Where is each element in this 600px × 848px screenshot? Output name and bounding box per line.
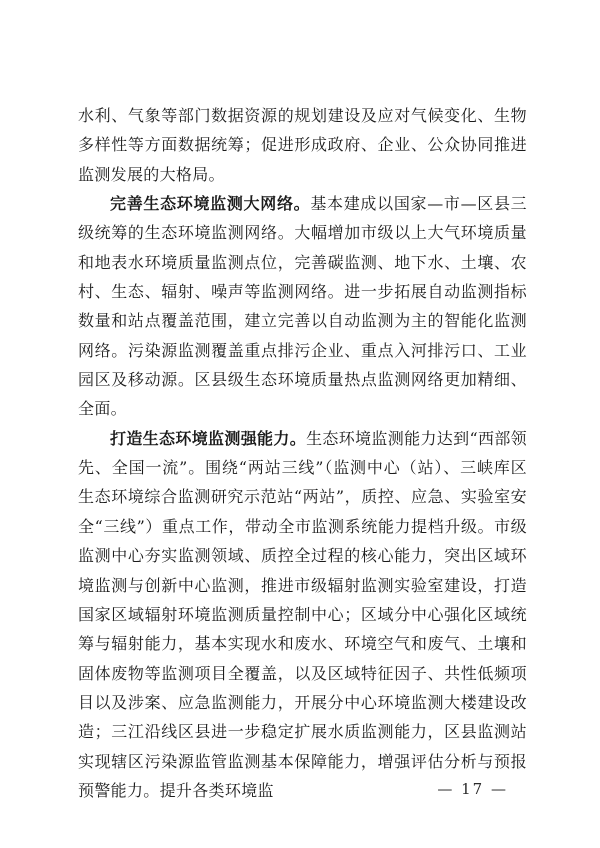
paragraph-text: 水利、气象等部门数据资源的规划建设及应对气候变化、生物多样性等方面数据统筹；促进…	[78, 106, 527, 184]
body-text: 水利、气象等部门数据资源的规划建设及应对气候变化、生物多样性等方面数据统筹；促进…	[78, 101, 527, 805]
paragraph-continuation: 水利、气象等部门数据资源的规划建设及应对气候变化、生物多样性等方面数据统筹；促进…	[78, 101, 527, 189]
paragraph-lead-bold: 打造生态环境监测强能力。	[110, 429, 306, 448]
paragraph-monitoring-network: 完善生态环境监测大网络。基本建成以国家—市—区县三级统筹的生态环境监测网络。大幅…	[78, 189, 527, 424]
paragraph-text: 基本建成以国家—市—区县三级统筹的生态环境监测网络。大幅增加市级以上大气环境质量…	[78, 194, 527, 418]
document-page: 水利、气象等部门数据资源的规划建设及应对气候变化、生物多样性等方面数据统筹；促进…	[0, 0, 600, 848]
page-number: — 17 —	[437, 780, 508, 798]
paragraph-text: 生态环境监测能力达到“西部领先、全国一流”。围绕“两站三线”（监测中心（站）、三…	[78, 429, 527, 800]
paragraph-monitoring-capability: 打造生态环境监测强能力。生态环境监测能力达到“西部领先、全国一流”。围绕“两站三…	[78, 424, 527, 805]
paragraph-lead-bold: 完善生态环境监测大网络。	[110, 194, 310, 213]
